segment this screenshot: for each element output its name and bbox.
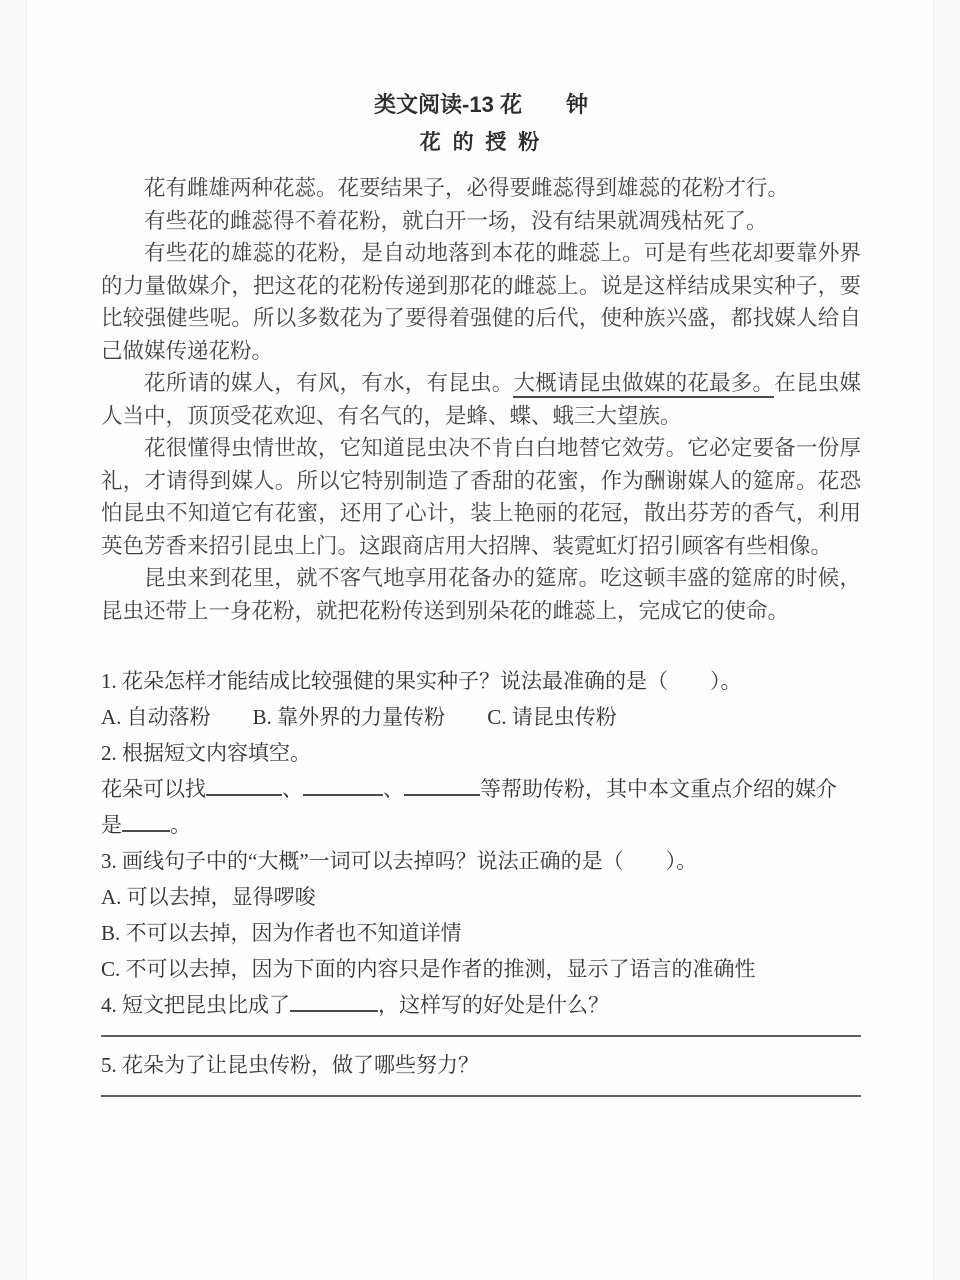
fill-blank-4 xyxy=(122,817,170,832)
paragraph-3: 有些花的雄蕊的花粉，是自动地落到本花的雌蕊上。可是有些花却要靠外界的力量做媒介，… xyxy=(101,237,861,367)
question-2: 2. 根据短文内容填空。 xyxy=(101,735,861,771)
question-1-options: A. 自动落粉 B. 靠外界的力量传粉 C. 请昆虫传粉 xyxy=(101,699,861,735)
fill-separator-1: 、 xyxy=(282,777,303,801)
q4-pre-text: 4. 短文把昆虫比成了 xyxy=(101,993,290,1017)
question-5: 5. 花朵为了让昆虫传粉，做了哪些努力？ xyxy=(101,1047,861,1083)
q3-option-c: C. 不可以去掉，因为下面的内容只是作者的推测，显示了语言的准确性 xyxy=(101,951,861,987)
question-2-fill-line-2: 是。 xyxy=(101,807,861,843)
article-body: 花有雌雄两种花蕊。花要结果子，必得要雌蕊得到雄蕊的花粉才行。 有些花的雌蕊得不着… xyxy=(101,172,861,627)
q4-answer-blank xyxy=(290,997,378,1012)
article-title: 花 的 授 粉 xyxy=(101,128,861,158)
fill-separator-2: 、 xyxy=(383,777,404,801)
q1-option-a: A. 自动落粉 xyxy=(101,699,211,735)
underlined-sentence: 大概请昆虫做媒的花最多。 xyxy=(513,371,774,398)
question-2-fill-line-1: 花朵可以找、、等帮助传粉，其中本文重点介绍的媒介 xyxy=(101,771,861,807)
worksheet-page: 类文阅读-13 花 钟 花 的 授 粉 花有雌雄两种花蕊。花要结果子，必得要雌蕊… xyxy=(26,0,934,1280)
answer-line-2 xyxy=(101,1095,861,1097)
fill-blank-3 xyxy=(404,781,480,796)
q4-post-text: ，这样写的好处是什么？ xyxy=(378,993,609,1017)
fill-post-text: 等帮助传粉，其中本文重点介绍的媒介 xyxy=(480,777,837,801)
doc-title: 类文阅读-13 花 钟 xyxy=(101,90,861,120)
paragraph-2: 有些花的雌蕊得不着花粉，就白开一场，没有结果就凋残枯死了。 xyxy=(101,205,861,238)
paragraph-5: 花很懂得虫情世故，它知道昆虫决不肯白白地替它效劳。它必定要备一份厚礼，才请得到媒… xyxy=(101,432,861,562)
fill-line2-end: 。 xyxy=(170,813,191,837)
question-3: 3. 画线句子中的“大概”一词可以去掉吗？说法正确的是（ ）。 xyxy=(101,843,861,879)
paragraph-4: 花所请的媒人，有风，有水，有昆虫。大概请昆虫做媒的花最多。在昆虫媒人当中，顶顶受… xyxy=(101,367,861,432)
fill-line2-text: 是 xyxy=(101,813,122,837)
fill-blank-2 xyxy=(303,781,383,796)
question-4: 4. 短文把昆虫比成了，这样写的好处是什么？ xyxy=(101,987,861,1023)
q1-option-b: B. 靠外界的力量传粉 xyxy=(253,699,446,735)
paragraph-1: 花有雌雄两种花蕊。花要结果子，必得要雌蕊得到雄蕊的花粉才行。 xyxy=(101,172,861,205)
q1-option-c: C. 请昆虫传粉 xyxy=(487,699,617,735)
fill-pre-text: 花朵可以找 xyxy=(101,777,206,801)
question-1: 1. 花朵怎样才能结成比较强健的果实种子？说法最准确的是（ ）。 xyxy=(101,663,861,699)
fill-blank-1 xyxy=(206,781,282,796)
paragraph-6: 昆虫来到花里，就不客气地享用花备办的筵席。吃这顿丰盛的筵席的时候，昆虫还带上一身… xyxy=(101,562,861,627)
p4-pre-text: 花所请的媒人，有风，有水，有昆虫。 xyxy=(144,371,513,395)
questions-section: 1. 花朵怎样才能结成比较强健的果实种子？说法最准确的是（ ）。 A. 自动落粉… xyxy=(101,663,861,1097)
q3-option-b: B. 不可以去掉，因为作者也不知道详情 xyxy=(101,915,861,951)
answer-line-1 xyxy=(101,1035,861,1037)
q3-option-a: A. 可以去掉，显得啰唆 xyxy=(101,879,861,915)
